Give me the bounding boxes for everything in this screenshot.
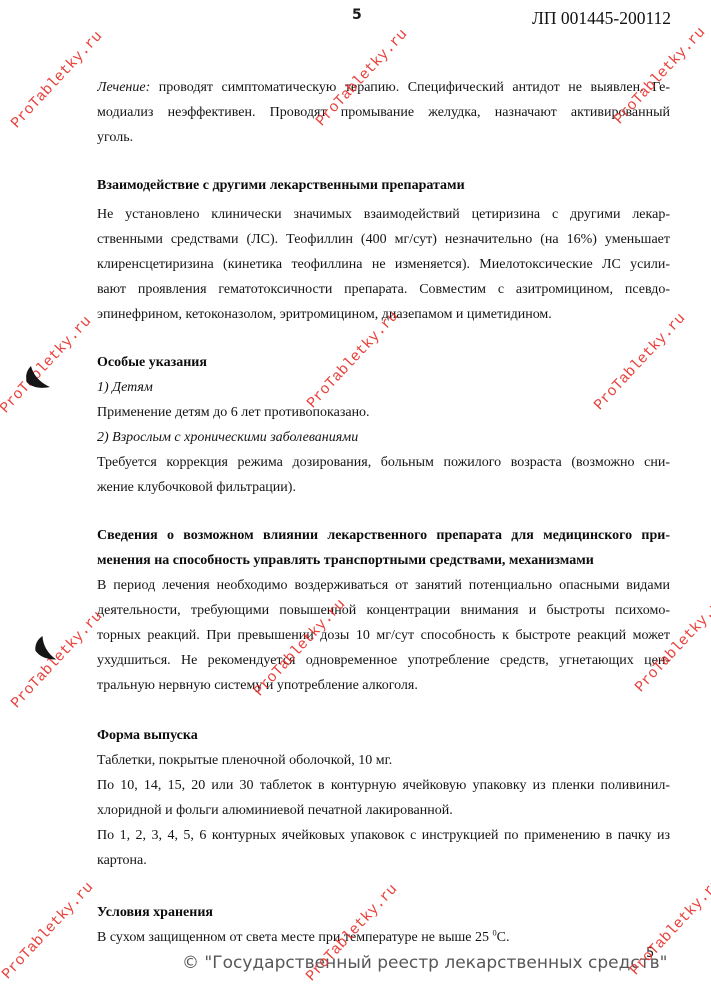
text-line: торных реакций. При превышении дозы 10 м… [97,623,670,648]
footer-copyright: © "Государственный реестр лекарственных … [182,953,667,973]
section-heading: Сведения о возможном влиянии лекарственн… [97,523,670,573]
paragraph: Лечение: проводят симптоматическую терап… [97,75,670,150]
paragraph: В сухом защищенном от света месте при те… [97,925,670,950]
text-line: Особые указания [97,350,670,375]
text-line: хлоридной и фольги алюминиевой печатной … [97,798,670,823]
watermark: ProTabletky.ru [0,313,95,417]
section-heading: Особые указания [97,350,670,375]
text-line: Не установлено клинически значимых взаим… [97,202,670,227]
watermark: ProTabletky.ru [8,28,106,132]
text-line: 1) Детям [97,375,670,400]
text-line: ухудшиться. Не рекомендуется одновременн… [97,648,670,673]
document-body: Лечение: проводят симптоматическую терап… [97,75,670,950]
text-line: Применение детям до 6 лет противопоказан… [97,400,670,425]
paragraph: 1) ДетямПрименение детям до 6 лет против… [97,375,670,500]
ink-blot [29,634,64,665]
text-line: 2) Взрослым с хроническими заболеваниями [97,425,670,450]
text-line: ственными средствами (ЛС). Теофиллин (40… [97,227,670,252]
ink-blot [24,366,51,392]
text-line: Таблетки, покрытые пленочной оболочкой, … [97,748,670,773]
text-line: тральную нервную систему и употребление … [97,673,670,698]
text-line: картона. [97,848,670,873]
text-line: Сведения о возможном влиянии лекарственн… [97,523,670,548]
text-line: клиренсцетиризина (кинетика теофиллина н… [97,252,670,277]
text-line: деятельности, требующими повышенной конц… [97,598,670,623]
text-line: модиализ неэффективен. Проводят промыван… [97,100,670,125]
watermark: ProTabletky.ru [0,879,97,983]
text-line: жение клубочковой фильтрации). [97,475,670,500]
text-line: Лечение: проводят симптоматическую терап… [97,75,670,100]
text-line: Форма выпуска [97,723,670,748]
section-heading: Взаимодействие с другими лекарственными … [97,173,670,198]
text-line: менения на способность управлять транспо… [97,548,670,573]
text-line: Взаимодействие с другими лекарственными … [97,173,670,198]
paragraph: В период лечения необходимо воздерживать… [97,573,670,698]
paragraph: Не установлено клинически значимых взаим… [97,202,670,327]
text-line: вают проявления гематотоксичности препар… [97,277,670,302]
paragraph: Таблетки, покрытые пленочной оболочкой, … [97,748,670,873]
text-line: В период лечения необходимо воздерживать… [97,573,670,598]
text-line: уголь. [97,125,670,150]
text-line: По 1, 2, 3, 4, 5, 6 контурных ячейковых … [97,823,670,848]
text-line: По 10, 14, 15, 20 или 30 таблеток в конт… [97,773,670,798]
section-heading: Форма выпуска [97,723,670,748]
text-line: Требуется коррекция режима дозирования, … [97,450,670,475]
registration-number: ЛП 001445-200112 [532,8,671,29]
page-number-top: 5 [352,7,362,23]
text-line: В сухом защищенном от света месте при те… [97,925,670,950]
